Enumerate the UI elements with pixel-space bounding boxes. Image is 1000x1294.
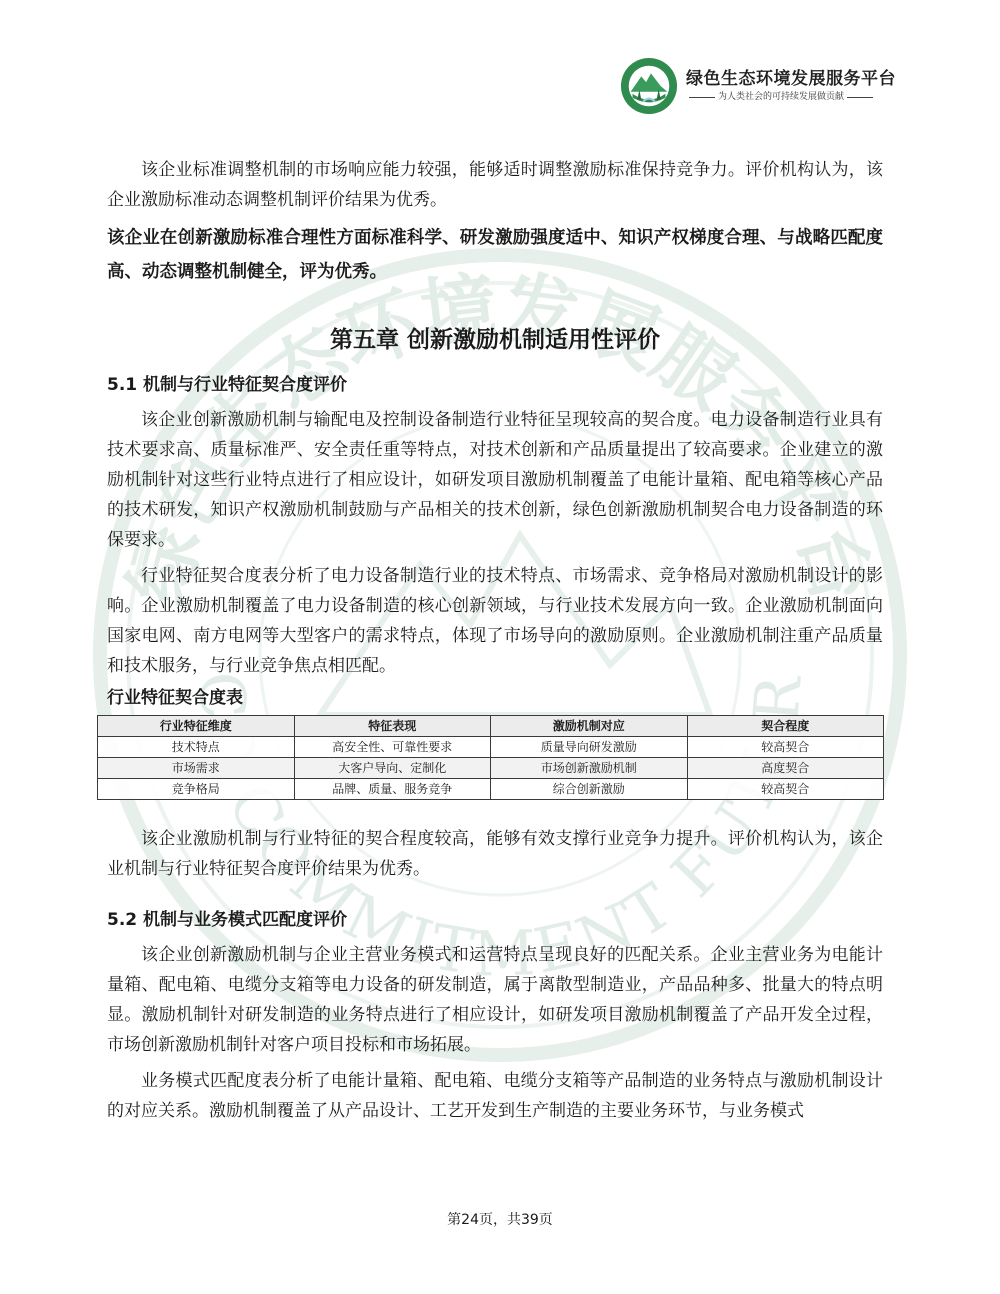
table-cell: 竞争格局 [98, 779, 295, 800]
table-header-row: 行业特征维度 特征表现 激励机制对应 契合程度 [98, 716, 884, 737]
industry-fit-table: 行业特征维度 特征表现 激励机制对应 契合程度 技术特点 高安全性、可靠性要求 … [97, 715, 884, 800]
slogan-text: 为人类社会的可持续发展做贡献 [718, 90, 844, 104]
table-cell: 综合创新激励 [491, 779, 688, 800]
table-cell: 市场需求 [98, 758, 295, 779]
section-heading-5-2: 5.2 机制与业务模式匹配度评价 [107, 906, 883, 934]
section-5-1-paragraph-1: 该企业创新激励机制与输配电及控制设备制造行业特征呈现较高的契合度。电力设备制造行… [107, 405, 883, 555]
slogan-dash-right [847, 97, 873, 98]
table-row: 技术特点 高安全性、可靠性要求 质量导向研发激励 较高契合 [98, 737, 884, 758]
table-cell: 较高契合 [687, 737, 884, 758]
table-title: 行业特征契合度表 [107, 685, 883, 711]
page-header: 绿色生态环境发展服务平台 为人类社会的可持续发展做贡献 [620, 56, 910, 116]
table-cell: 品牌、质量、服务竞争 [294, 779, 491, 800]
page-indicator: 第24页，共39页 [0, 1209, 1000, 1229]
section-heading-5-1: 5.1 机制与行业特征契合度评价 [107, 371, 883, 399]
table-header-cell: 特征表现 [294, 716, 491, 737]
table-cell: 较高契合 [687, 779, 884, 800]
table-row: 竞争格局 品牌、质量、服务竞争 综合创新激励 较高契合 [98, 779, 884, 800]
table-header-cell: 激励机制对应 [491, 716, 688, 737]
section-5-2-paragraph-1: 该企业创新激励机制与企业主营业务模式和运营特点呈现良好的匹配关系。企业主营业务为… [107, 940, 883, 1060]
intro-summary-bold: 该企业在创新激励标准合理性方面标准科学、研发激励强度适中、知识产权梯度合理、与战… [107, 221, 883, 289]
table-header-cell: 行业特征维度 [98, 716, 295, 737]
platform-name: 绿色生态环境发展服务平台 [686, 68, 896, 90]
table-row: 市场需求 大客户导向、定制化 市场创新激励机制 高度契合 [98, 758, 884, 779]
section-5-1-paragraph-2: 行业特征契合度表分析了电力设备制造行业的技术特点、市场需求、竞争格局对激励机制设… [107, 561, 883, 681]
table-cell: 大客户导向、定制化 [294, 758, 491, 779]
document-body: 该企业标准调整机制的市场响应能力较强，能够适时调整激励标准保持竞争力。评价机构认… [107, 155, 883, 1126]
slogan-dash-left [689, 97, 715, 98]
chapter-title: 第五章 创新激励机制适用性评价 [107, 323, 883, 357]
intro-paragraph: 该企业标准调整机制的市场响应能力较强，能够适时调整激励标准保持竞争力。评价机构认… [107, 155, 883, 215]
platform-slogan: 为人类社会的可持续发展做贡献 [686, 90, 896, 104]
logo-icon [620, 57, 678, 115]
table-header-cell: 契合程度 [687, 716, 884, 737]
table-cell: 质量导向研发激励 [491, 737, 688, 758]
section-5-2-paragraph-2: 业务模式匹配度表分析了电能计量箱、配电箱、电缆分支箱等产品制造的业务特点与激励机… [107, 1066, 883, 1126]
section-5-1-paragraph-3: 该企业激励机制与行业特征的契合程度较高，能够有效支撑行业竞争力提升。评价机构认为… [107, 824, 883, 884]
table-cell: 市场创新激励机制 [491, 758, 688, 779]
table-cell: 技术特点 [98, 737, 295, 758]
table-cell: 高安全性、可靠性要求 [294, 737, 491, 758]
table-cell: 高度契合 [687, 758, 884, 779]
